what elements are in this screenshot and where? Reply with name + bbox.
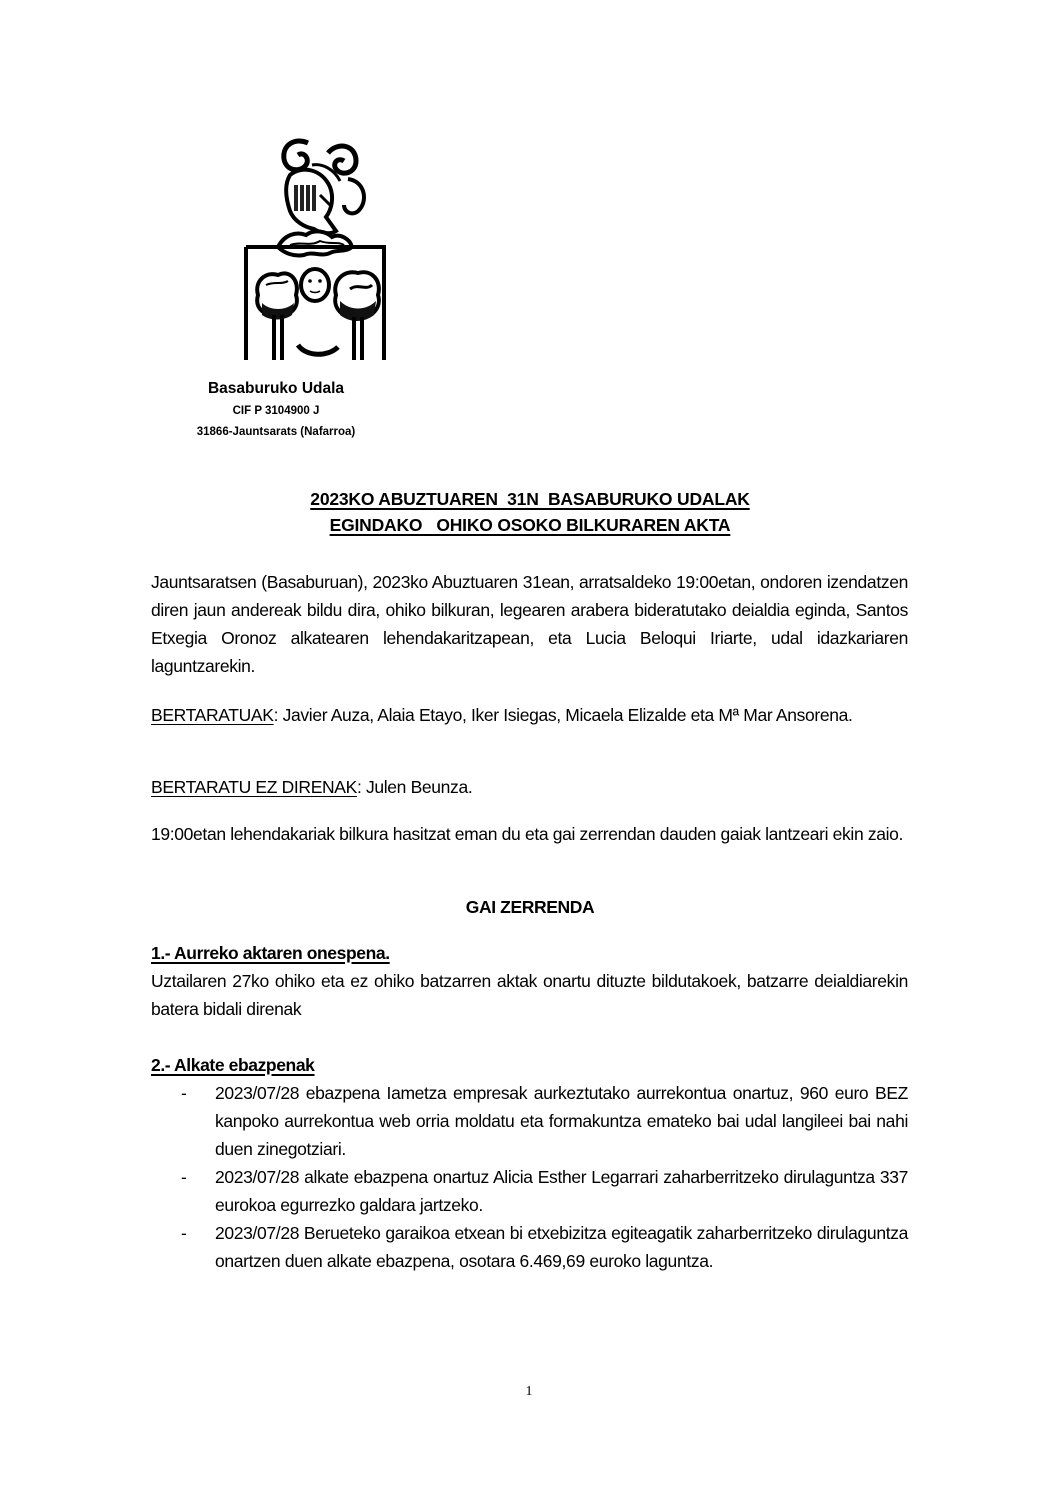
document-title-line-2: EGINDAKO OHIKO OSOKO BILKURAREN AKTA xyxy=(330,515,731,535)
absent-paragraph: BERTARATU EZ DIRENAK: Julen Beunza. xyxy=(151,773,908,801)
organization-header: Basaburuko Udala CIF P 3104900 J 31866-J… xyxy=(160,378,392,442)
dash-bullet-icon: - xyxy=(181,1219,186,1247)
document-title-line-1: 2023KO ABUZTUAREN 31N BASABURUKO UDALAK xyxy=(310,489,749,509)
absent-names: Julen Beunza. xyxy=(361,777,472,797)
agenda-section-1-heading: 1.- Aurreko aktaren onespena. xyxy=(151,940,390,966)
page-number: 1 xyxy=(0,1384,1058,1400)
organization-cif: CIF P 3104900 J xyxy=(160,400,392,422)
organization-address: 31866-Jauntsarats (Nafarroa) xyxy=(160,422,392,442)
agenda-section-1-text: Uztailaren 27ko ohiko eta ez ohiko batza… xyxy=(151,967,908,1023)
intro-paragraph: Jauntsaratsen (Basaburuan), 2023ko Abuzt… xyxy=(151,568,908,680)
list-item-text: 2023/07/28 alkate ebazpena onartuz Alici… xyxy=(215,1167,908,1215)
list-item: - 2023/07/28 alkate ebazpena onartuz Ali… xyxy=(151,1163,908,1219)
agenda-heading: GAI ZERRENDA xyxy=(150,894,910,920)
list-item: - 2023/07/28 Berueteko garaikoa etxean b… xyxy=(151,1219,908,1275)
document-page: Basaburuko Udala CIF P 3104900 J 31866-J… xyxy=(0,0,1058,1497)
organization-name: Basaburuko Udala xyxy=(160,378,392,400)
opening-paragraph: 19:00etan lehendakariak bilkura hasitzat… xyxy=(151,820,908,848)
dash-bullet-icon: - xyxy=(181,1079,186,1107)
list-item: - 2023/07/28 ebazpena Iametza empresak a… xyxy=(151,1079,908,1163)
list-item-text: 2023/07/28 ebazpena Iametza empresak aur… xyxy=(215,1083,908,1159)
dash-bullet-icon: - xyxy=(181,1163,186,1191)
attendees-label: BERTARATUAK xyxy=(151,705,274,725)
list-item-text: 2023/07/28 Berueteko garaikoa etxean bi … xyxy=(215,1223,908,1271)
absent-label: BERTARATU EZ DIRENAK xyxy=(151,777,357,797)
mayor-resolutions-list: - 2023/07/28 ebazpena Iametza empresak a… xyxy=(151,1079,908,1275)
document-title: 2023KO ABUZTUAREN 31N BASABURUKO UDALAK … xyxy=(150,486,910,538)
agenda-section-2-heading: 2.- Alkate ebazpenak xyxy=(151,1052,315,1078)
attendees-names: Javier Auza, Alaia Etayo, Iker Isiegas, … xyxy=(278,705,852,725)
attendees-paragraph: BERTARATUAK: Javier Auza, Alaia Etayo, I… xyxy=(151,701,908,729)
coat-of-arms-icon xyxy=(240,135,390,360)
